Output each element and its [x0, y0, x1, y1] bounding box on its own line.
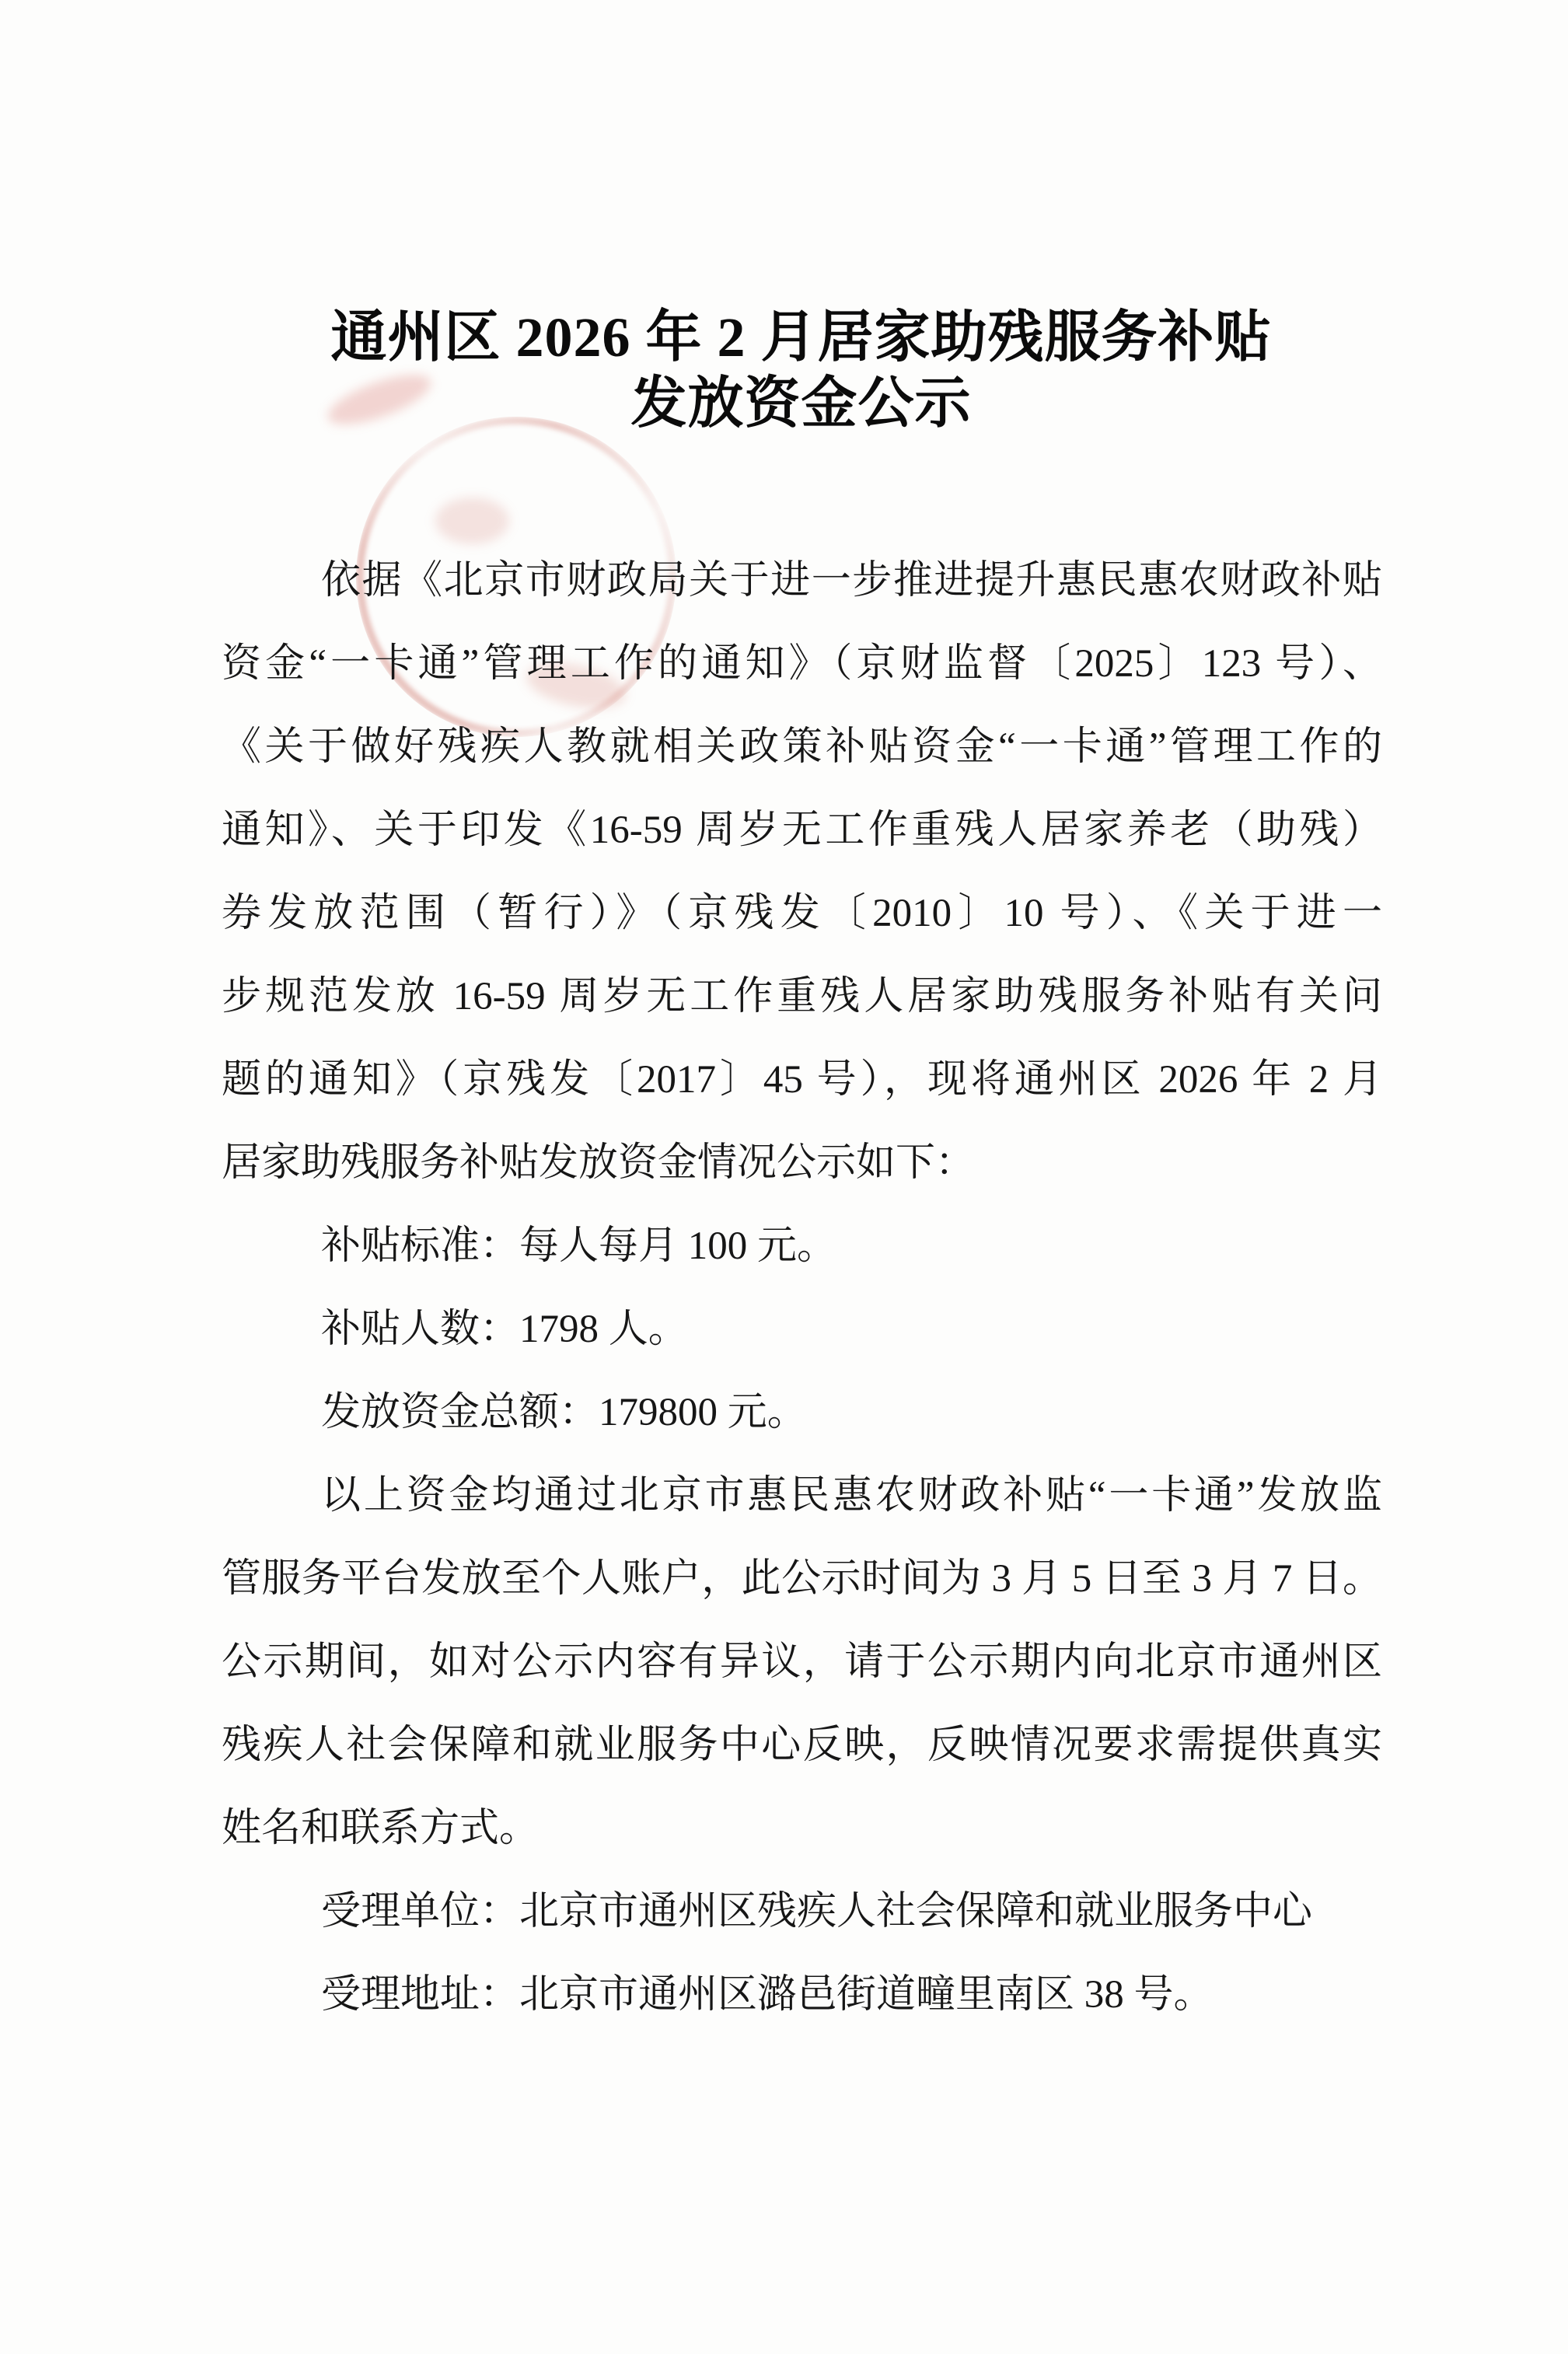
- document-line: 券发放范围（暂行）》（京残发〔2010〕10 号）、《关于进一: [222, 872, 1382, 955]
- document-line: 通知》、关于印发《16-59 周岁无工作重残人居家养老（助残）: [222, 789, 1382, 872]
- title-line-2: 发放资金公示: [220, 371, 1382, 437]
- document-line-subsidy-standard: 补贴标准：每人每月 100 元。: [222, 1205, 1382, 1288]
- document-line-accepting-unit: 受理单位：北京市通州区残疾人社会保障和就业服务中心: [222, 1870, 1382, 1954]
- document-body: 依据《北京市财政局关于进一步推进提升惠民惠农财政补贴 资金“一卡通”管理工作的通…: [222, 540, 1382, 2037]
- document-line: 题的通知》（京残发〔2017〕45 号），现将通州区 2026 年 2 月: [222, 1039, 1382, 1122]
- document-line-total-amount: 发放资金总额：179800 元。: [222, 1371, 1382, 1455]
- title-line-1: 通州区 2026 年 2 月居家助残服务补贴: [220, 305, 1382, 371]
- document-line: 《关于做好残疾人教就相关政策补贴资金“一卡通”管理工作的: [222, 706, 1382, 789]
- document-line-accepting-address: 受理地址：北京市通州区潞邑街道疃里南区 38 号。: [222, 1954, 1382, 2037]
- document-line: 资金“一卡通”管理工作的通知》（京财监督〔2025〕123 号）、: [222, 623, 1382, 706]
- document-line: 残疾人社会保障和就业服务中心反映，反映情况要求需提供真实: [222, 1704, 1382, 1787]
- document-line: 依据《北京市财政局关于进一步推进提升惠民惠农财政补贴: [222, 540, 1382, 623]
- scanned-notice-page: 通州区 2026 年 2 月居家助残服务补贴 发放资金公示 依据《北京市财政局关…: [0, 0, 1568, 2354]
- document-line: 管服务平台发放至个人账户，此公示时间为 3 月 5 日至 3 月 7 日。: [222, 1538, 1382, 1621]
- seal-smudge: [435, 498, 509, 544]
- document-line: 以上资金均通过北京市惠民惠农财政补贴“一卡通”发放监: [222, 1455, 1382, 1538]
- document-title: 通州区 2026 年 2 月居家助残服务补贴 发放资金公示: [220, 305, 1382, 437]
- document-line: 姓名和联系方式。: [222, 1787, 1382, 1870]
- document-line-subsidy-count: 补贴人数：1798 人。: [222, 1288, 1382, 1371]
- document-line: 居家助残服务补贴发放资金情况公示如下：: [222, 1122, 1382, 1205]
- document-line: 步规范发放 16-59 周岁无工作重残人居家助残服务补贴有关问: [222, 955, 1382, 1039]
- document-line: 公示期间，如对公示内容有异议，请于公示期内向北京市通州区: [222, 1621, 1382, 1704]
